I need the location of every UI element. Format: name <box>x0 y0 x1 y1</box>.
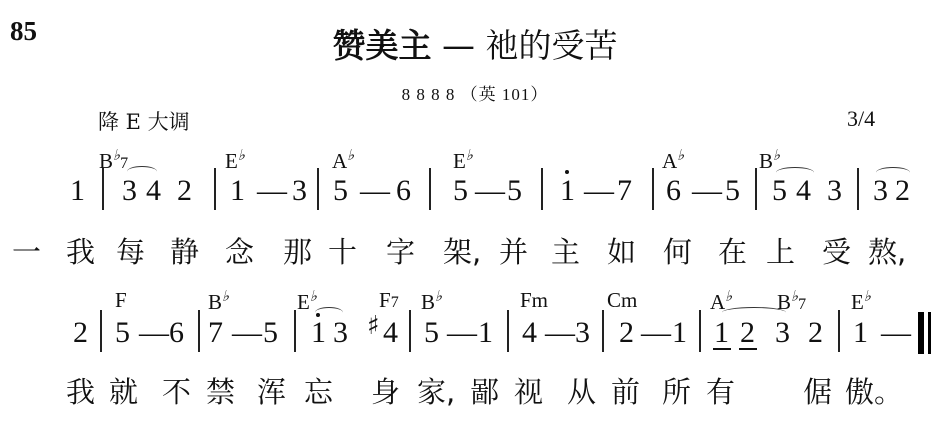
chord-symbol: B♭ <box>208 290 229 313</box>
note: 1 <box>560 176 575 206</box>
note: 2 <box>619 318 634 348</box>
note: 1 <box>311 318 326 348</box>
note-dash: — <box>360 176 390 206</box>
chord-symbol: A♭ <box>332 149 354 172</box>
lyric: 我 <box>66 238 95 267</box>
lyric: 静 <box>170 238 199 267</box>
note: 5 <box>725 176 740 206</box>
note: 4 <box>146 176 161 206</box>
note: 3 <box>333 318 348 348</box>
chord-symbol: E♭ <box>297 290 317 313</box>
note: 6 <box>169 318 184 348</box>
bar-line <box>755 168 757 210</box>
bar-line <box>838 310 840 352</box>
note-dash: — <box>641 318 671 348</box>
note-dash: — <box>232 318 262 348</box>
lyric: 十 <box>328 238 357 267</box>
note: 5 <box>424 318 439 348</box>
time-signature: 3/4 <box>847 106 875 132</box>
note: 5 <box>507 176 522 206</box>
note: 5 <box>115 318 130 348</box>
bar-line <box>100 310 102 352</box>
lyric: 在 <box>718 238 747 267</box>
note: 7 <box>208 318 223 348</box>
chord-symbol: A♭ <box>662 149 684 172</box>
note-dash: — <box>545 318 575 348</box>
note-dash: — <box>257 176 287 206</box>
sharp-accidental: ♯ <box>367 313 380 339</box>
bar-line <box>602 310 604 352</box>
lyric: 熬, <box>868 238 906 267</box>
lyric: 所 <box>662 378 691 407</box>
note: 3 <box>575 318 590 348</box>
eighth-note-underline <box>713 348 731 350</box>
final-bar-line <box>928 312 931 354</box>
note: 3 <box>873 176 888 206</box>
bar-line <box>317 168 319 210</box>
chord-symbol: E♭ <box>453 149 473 172</box>
lyric: 视 <box>514 378 543 407</box>
bar-line <box>294 310 296 352</box>
lyric: 倨 <box>803 378 832 407</box>
lyric: 禁 <box>206 378 235 407</box>
note: 5 <box>772 176 787 206</box>
note: 4 <box>522 318 537 348</box>
note: 2 <box>895 176 910 206</box>
bar-line <box>409 310 411 352</box>
note-dash: — <box>881 318 911 348</box>
chord-symbol: B♭ <box>759 149 780 172</box>
lyric: 一 <box>12 238 41 267</box>
lyric: 身 <box>371 378 400 407</box>
lyric: 从 <box>567 378 596 407</box>
title-separator: — <box>442 26 475 65</box>
note-dash: — <box>447 318 477 348</box>
note: 4 <box>383 318 398 348</box>
note: 6 <box>396 176 411 206</box>
note: 5 <box>453 176 468 206</box>
bar-line <box>652 168 654 210</box>
lyric: 有 <box>706 378 735 407</box>
lyric: 傲。 <box>845 378 903 407</box>
note: 1 <box>70 176 85 206</box>
note: 3 <box>775 318 790 348</box>
bar-line <box>429 168 431 210</box>
note: 1 <box>714 318 729 348</box>
bar-line <box>198 310 200 352</box>
note: 1 <box>478 318 493 348</box>
lyric: 就 <box>109 378 138 407</box>
note-dash: — <box>475 176 505 206</box>
lyric: 鄙 <box>470 378 499 407</box>
meter: 8 8 8 8 （英 101） <box>0 80 950 105</box>
note: 5 <box>333 176 348 206</box>
lyric: 字 <box>386 238 415 267</box>
lyric: 如 <box>607 238 636 267</box>
bar-line <box>214 168 216 210</box>
note: 4 <box>796 176 811 206</box>
note: 2 <box>808 318 823 348</box>
note: 2 <box>177 176 192 206</box>
chord-symbol: Cm <box>607 290 637 311</box>
chord-symbol: E♭ <box>225 149 245 172</box>
note: 6 <box>666 176 681 206</box>
lyric: 忘 <box>304 378 333 407</box>
lyric: 主 <box>551 238 580 267</box>
chord-symbol: F7 <box>379 290 399 311</box>
note: 2 <box>73 318 88 348</box>
lyric: 上 <box>766 238 795 267</box>
note-dash: — <box>139 318 169 348</box>
eighth-note-underline <box>739 348 757 350</box>
bar-line <box>699 310 701 352</box>
note: 1 <box>853 318 868 348</box>
final-bar-line <box>918 312 924 354</box>
lyric: 每 <box>116 238 145 267</box>
bar-line <box>857 168 859 210</box>
title-main: 赞美主 <box>333 26 432 65</box>
bar-line <box>541 168 543 210</box>
lyric: 我 <box>66 378 95 407</box>
lyric: 家, <box>417 378 455 407</box>
lyric: 念 <box>225 238 254 267</box>
bar-line <box>507 310 509 352</box>
lyric: 何 <box>663 238 692 267</box>
lyric: 并 <box>499 238 528 267</box>
chord-symbol: F <box>115 290 127 311</box>
note-dash: — <box>692 176 722 206</box>
hymn-title: 赞美主 — 祂的受苦 <box>0 20 950 67</box>
note: 3 <box>292 176 307 206</box>
chord-symbol: Fm <box>520 290 548 311</box>
lyric: 受 <box>822 238 851 267</box>
title-subtitle: 祂的受苦 <box>486 26 618 65</box>
note-dash: — <box>584 176 614 206</box>
note: 5 <box>263 318 278 348</box>
chord-symbol: B♭ <box>421 290 442 313</box>
note: 1 <box>230 176 245 206</box>
chord-symbol: E♭ <box>851 290 871 313</box>
note: 7 <box>617 176 632 206</box>
lyric: 那 <box>283 238 312 267</box>
bar-line <box>102 168 104 210</box>
lyric: 浑 <box>257 378 286 407</box>
lyric: 架, <box>443 238 481 267</box>
lyric: 前 <box>611 378 640 407</box>
note: 3 <box>122 176 137 206</box>
lyric: 不 <box>162 378 191 407</box>
note: 3 <box>827 176 842 206</box>
note: 1 <box>672 318 687 348</box>
note: 2 <box>740 318 755 348</box>
key-signature: 降 E 大调 <box>98 106 190 136</box>
